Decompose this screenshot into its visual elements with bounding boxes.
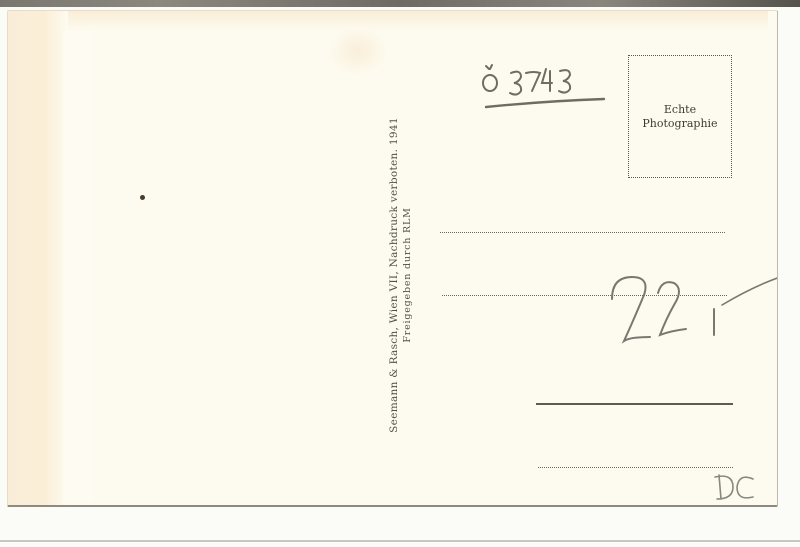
address-line-3 [536, 403, 733, 405]
stamp-box-line1: Echte [664, 103, 696, 117]
publisher-imprint: Seemann & Rasch, Wien VII, Nachdruck ver… [388, 95, 414, 455]
imprint-approval-line: Freigegeben durch RLM [401, 95, 414, 455]
handwritten-catalog-number: Ö 3743 [478, 61, 608, 111]
postcard-back: Seemann & Rasch, Wien VII, Nachdruck ver… [7, 10, 778, 507]
scan-scene: Seemann & Rasch, Wien VII, Nachdruck ver… [0, 0, 800, 547]
address-line-4 [538, 467, 733, 468]
age-stain-left [8, 11, 68, 507]
age-stain-blob [328, 26, 388, 76]
imprint-publisher-line: Seemann & Rasch, Wien VII, Nachdruck ver… [388, 95, 401, 455]
stamp-box-line2: Photographie [642, 117, 717, 131]
address-line-1 [440, 232, 725, 233]
handwritten-initials: DC [713, 471, 763, 506]
scanner-edge-bottom [0, 540, 800, 542]
paper-highlight [63, 31, 93, 501]
ink-speck [140, 195, 145, 200]
age-stain-top [68, 11, 768, 31]
handwritten-price: 22,- [606, 269, 778, 369]
stamp-box: Echte Photographie [628, 55, 732, 178]
scanner-edge-top [0, 0, 800, 7]
